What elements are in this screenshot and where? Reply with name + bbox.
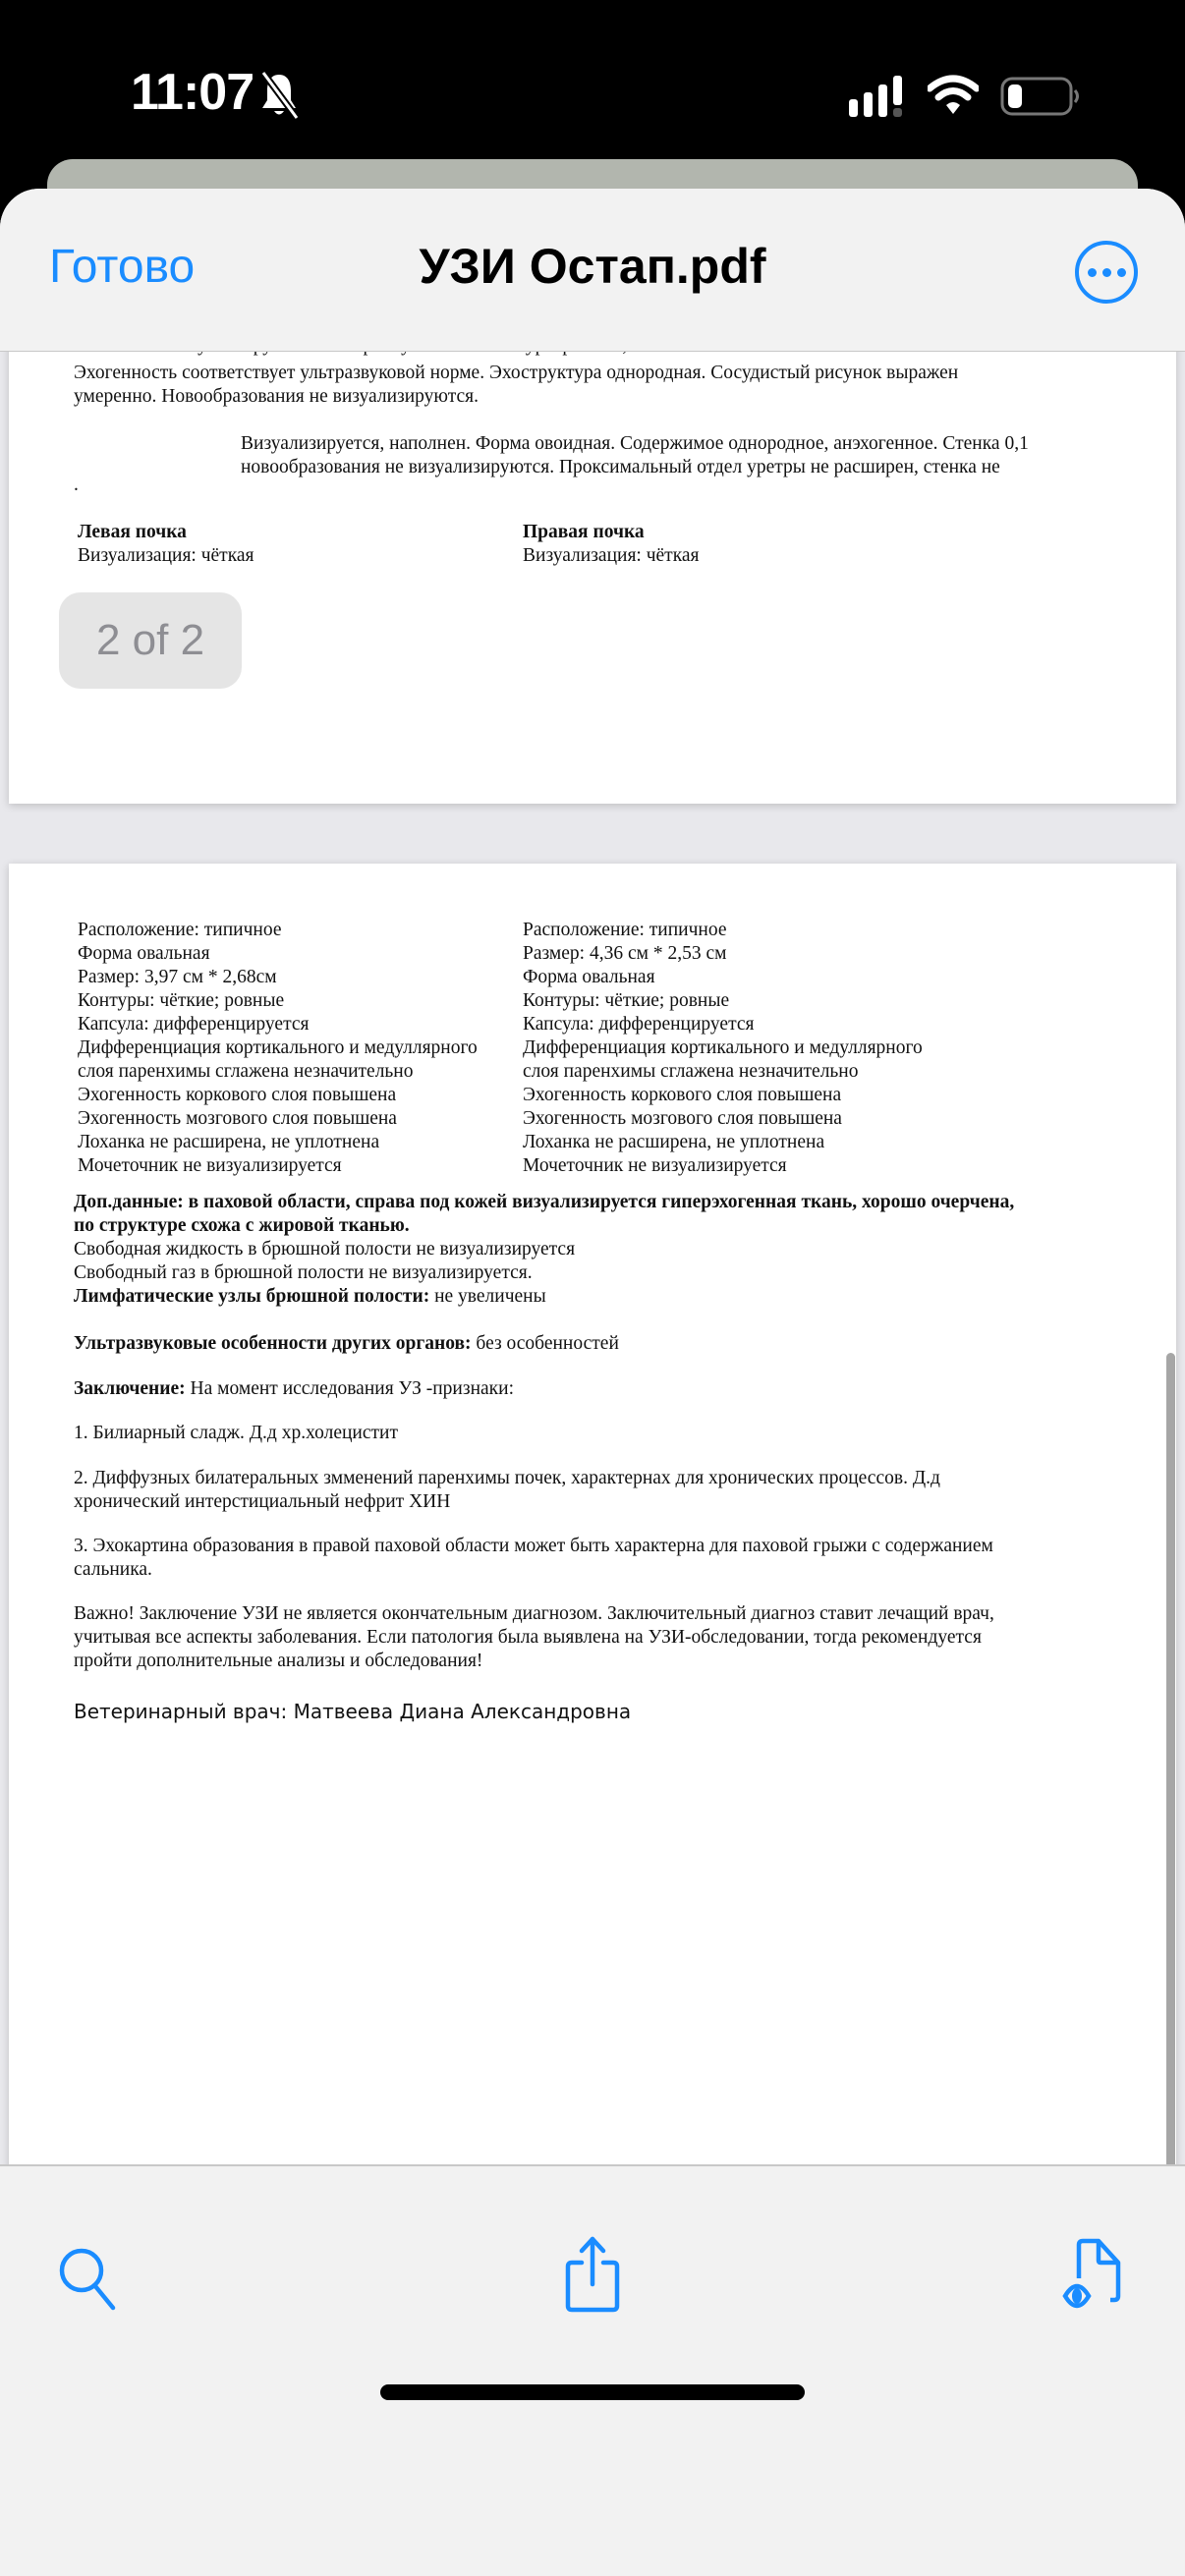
kidney-detail-line: Форма овальная: [78, 942, 478, 966]
pdf-page-1: Селезенка: Визуализируется. Размер не ув…: [9, 352, 1176, 804]
bottom-toolbar: [0, 2164, 1185, 2576]
spleen-cut-line: Селезенка: Визуализируется. Размер не ув…: [74, 352, 687, 360]
vertical-scrollbar[interactable]: [1166, 1353, 1175, 2164]
spleen-text-line: умеренно. Новообразования не визуализиру…: [74, 385, 479, 409]
navigation-bar: Готово УЗИ Остап.pdf: [0, 189, 1185, 352]
pdf-page-2: Расположение: типичноеФорма овальнаяРазм…: [9, 864, 1176, 2164]
bladder-text-line: новообразования не визуализируются. Прок…: [241, 456, 1000, 479]
lymph-nodes-text: Лимфатические узлы брюшной полости: не у…: [74, 1285, 546, 1309]
bladder-text-fragment: .: [74, 474, 79, 497]
doc-eye-icon: [1059, 2237, 1128, 2316]
kidney-detail-line: Лоханка не расширена, не уплотнена: [78, 1131, 478, 1154]
wifi-icon: [928, 75, 979, 116]
kidney-detail-line: Размер: 4,36 см * 2,53 см: [523, 942, 923, 966]
kidney-detail-line: Дифференциация кортикального и медуллярн…: [78, 1036, 478, 1060]
pdf-viewer-sheet: Готово УЗИ Остап.pdf Селезенка: Визуализ…: [0, 189, 1185, 2576]
magnifying-glass-icon: [54, 2245, 123, 2314]
kidney-detail-line: Дифференциация кортикального и медуллярн…: [523, 1036, 923, 1060]
finding-3-line: 3. Эхокартина образования в правой пахов…: [74, 1535, 993, 1558]
left-kidney-visualization: Визуализация: чёткая: [78, 544, 254, 568]
disclaimer-line: Важно! Заключение УЗИ не является оконча…: [74, 1602, 994, 1626]
disclaimer-line: пройти дополнительные анализы и обследов…: [74, 1650, 482, 1673]
other-organs-text: Ультразвуковые особенности других органо…: [74, 1332, 619, 1356]
kidney-detail-line: Мочеточник не визуализируется: [523, 1154, 923, 1178]
kidney-detail-line: Эхогенность мозгового слоя повышена: [78, 1107, 478, 1131]
battery-low-icon: [1000, 77, 1081, 116]
left-kidney-details: Расположение: типичноеФорма овальнаяРазм…: [78, 919, 478, 1178]
document-viewport[interactable]: Селезенка: Визуализируется. Размер не ув…: [0, 352, 1185, 2164]
share-button[interactable]: [558, 2235, 627, 2314]
finding-3-line: сальника.: [74, 1558, 152, 1582]
share-icon: [558, 2235, 627, 2314]
extra-data-line: Доп.данные: в паховой области, справа по…: [74, 1191, 1014, 1214]
kidney-detail-line: Контуры: чёткие; ровные: [523, 989, 923, 1013]
free-fluid-text: Свободная жидкость в брюшной полости не …: [74, 1238, 575, 1261]
finding-1: 1. Билиарный сладж. Д.д хр.холецистит: [74, 1422, 398, 1445]
bell-slash-icon: [257, 71, 301, 120]
ellipsis-circle-icon: [1088, 268, 1097, 277]
page-indicator: 2 of 2: [59, 592, 242, 689]
bladder-text-line: Визуализируется, наполнен. Форма овоидна…: [241, 432, 1029, 456]
kidney-detail-line: Расположение: типичное: [78, 919, 478, 942]
kidney-detail-line: Эхогенность мозгового слоя повышена: [523, 1107, 923, 1131]
right-kidney-details: Расположение: типичноеРазмер: 4,36 см * …: [523, 919, 923, 1178]
home-indicator[interactable]: [380, 2384, 805, 2400]
kidney-detail-line: Размер: 3,97 см * 2,68см: [78, 966, 478, 989]
right-kidney-heading: Правая почка: [523, 521, 645, 544]
kidney-detail-line: слоя паренхимы сглажена незначительно: [523, 1060, 923, 1084]
spleen-text-line: Эхогенность соответствует ультразвуковой…: [74, 362, 958, 385]
kidney-detail-line: Капсула: дифференцируется: [523, 1013, 923, 1036]
right-kidney-visualization: Визуализация: чёткая: [523, 544, 700, 568]
status-time: 11:07: [131, 63, 254, 122]
kidney-detail-line: Лоханка не расширена, не уплотнена: [523, 1131, 923, 1154]
kidney-detail-line: Форма овальная: [523, 966, 923, 989]
kidney-detail-line: Мочеточник не визуализируется: [78, 1154, 478, 1178]
search-button[interactable]: [54, 2245, 123, 2314]
free-gas-text: Свободный газ в брюшной полости не визуа…: [74, 1261, 533, 1285]
veterinarian-signature: Ветеринарный врач: Матвеева Диана Алекса…: [74, 1700, 631, 1723]
left-kidney-heading: Левая почка: [78, 521, 187, 544]
cellular-signal-icon: [849, 76, 908, 117]
status-bar: 11:07: [0, 0, 1185, 157]
more-options-button[interactable]: [1075, 241, 1138, 304]
disclaimer-line: учитывая все аспекты заболевания. Если п…: [74, 1626, 982, 1650]
conclusion-text: Заключение: На момент исследования УЗ -п…: [74, 1377, 514, 1401]
kidney-detail-line: Эхогенность коркового слоя повышена: [78, 1084, 478, 1107]
finding-2-line: 2. Диффузных билатеральных змменений пар…: [74, 1467, 940, 1490]
kidney-detail-line: Эхогенность коркового слоя повышена: [523, 1084, 923, 1107]
kidney-detail-line: слоя паренхимы сглажена незначительно: [78, 1060, 478, 1084]
kidney-detail-line: Контуры: чёткие; ровные: [78, 989, 478, 1013]
extra-data-line: по структуре схожа с жировой тканью.: [74, 1214, 410, 1238]
kidney-detail-line: Капсула: дифференцируется: [78, 1013, 478, 1036]
kidney-detail-line: Расположение: типичное: [523, 919, 923, 942]
finding-2-line: хронический интерстициальный нефрит ХИН: [74, 1490, 450, 1514]
done-button[interactable]: Готово: [49, 240, 195, 294]
document-view-button[interactable]: [1059, 2237, 1128, 2316]
